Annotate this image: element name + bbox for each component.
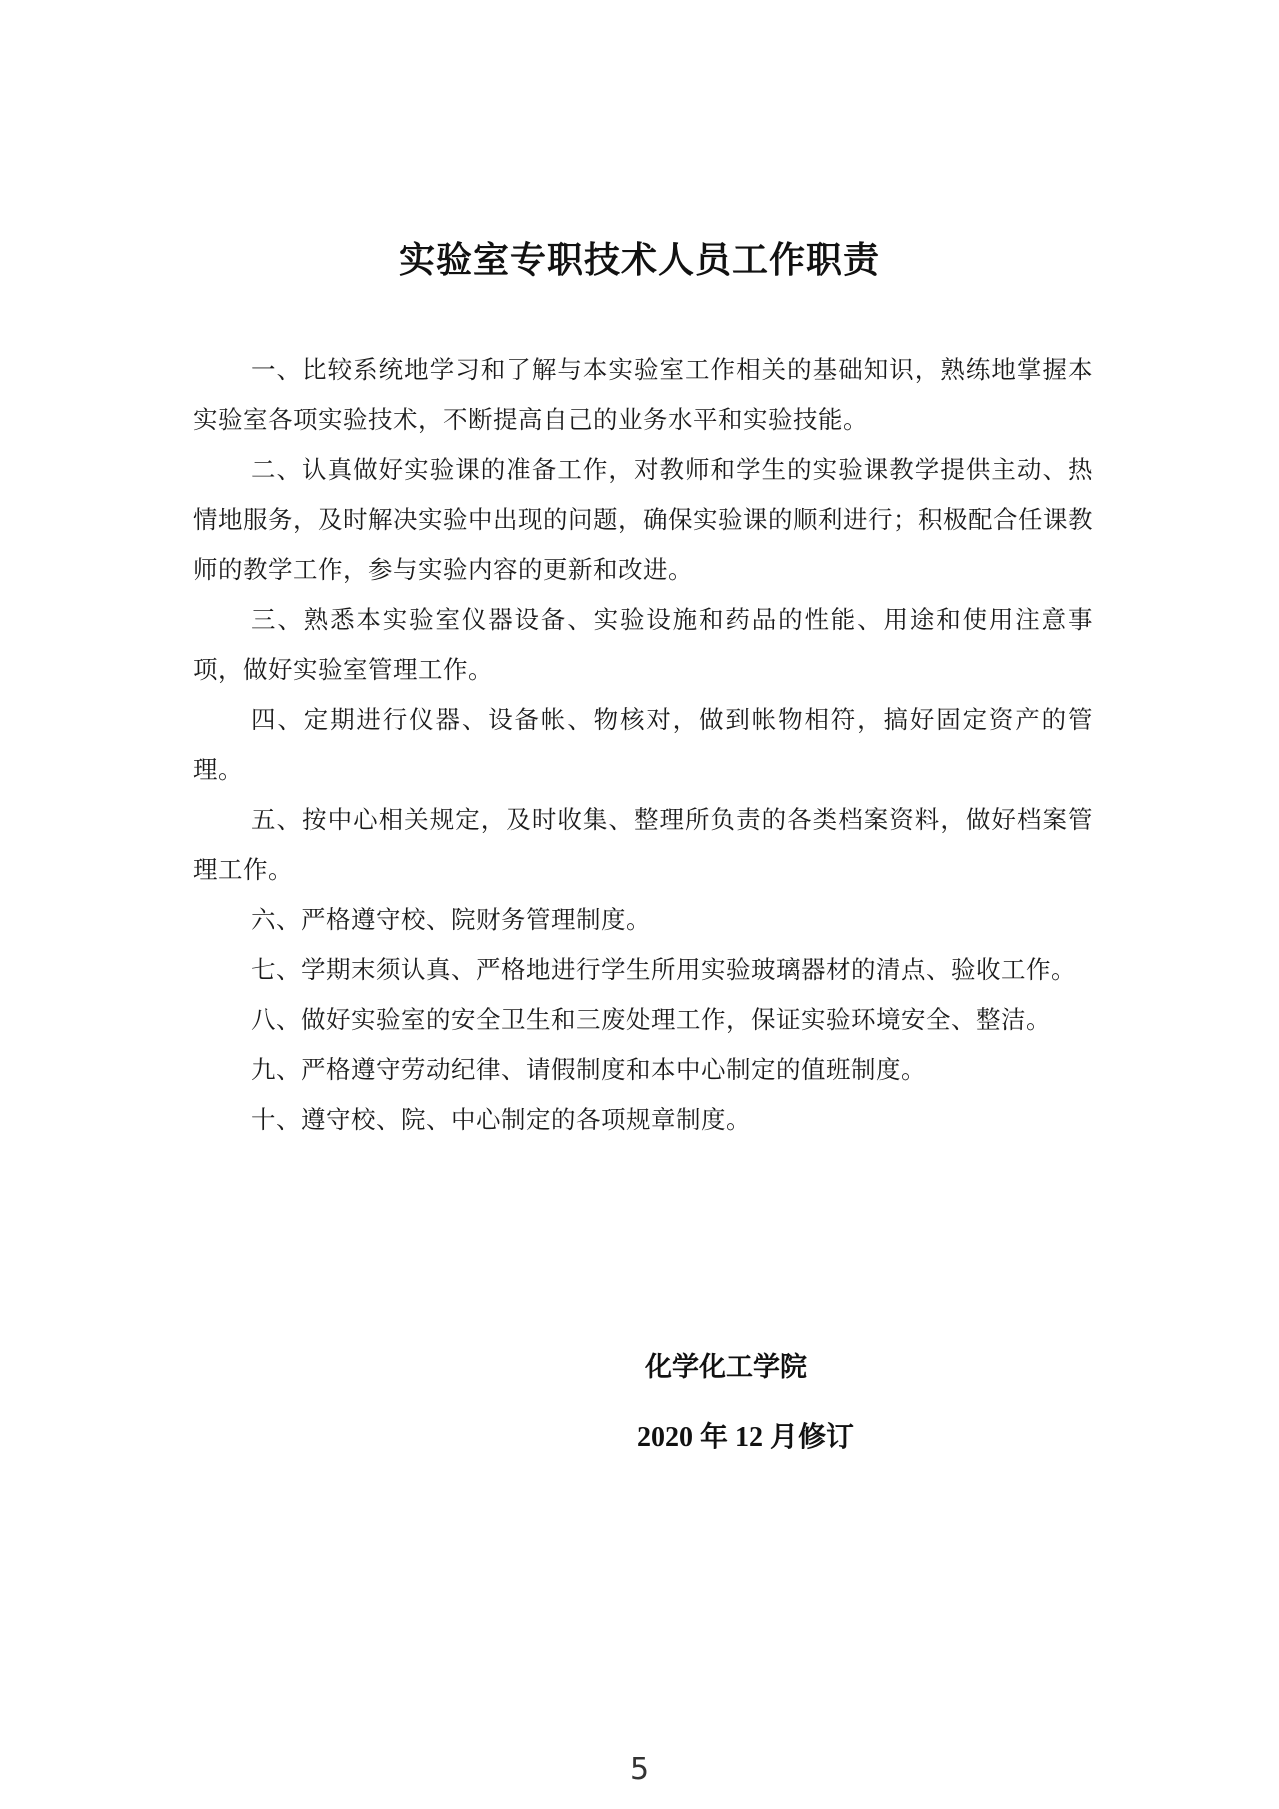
signature-date: 2020 年 12 月修订 [637,1415,854,1455]
paragraph-8: 八、做好实验室的安全卫生和三废处理工作，保证实验环境安全、整洁。 [193,995,1093,1045]
paragraph-3: 三、熟悉本实验室仪器设备、实验设施和药品的性能、用途和使用注意事项，做好实验室管… [193,595,1093,695]
paragraph-4: 四、定期进行仪器、设备帐、物核对，做到帐物相符，搞好固定资产的管理。 [193,695,1093,795]
paragraph-6: 六、严格遵守校、院财务管理制度。 [193,895,1093,945]
paragraph-10: 十、遵守校、院、中心制定的各项规章制度。 [193,1095,1093,1145]
paragraph-1: 一、比较系统地学习和了解与本实验室工作相关的基础知识，熟练地掌握本实验室各项实验… [193,345,1093,445]
paragraph-2: 二、认真做好实验课的准备工作，对教师和学生的实验课教学提供主动、热情地服务，及时… [193,445,1093,595]
paragraph-9: 九、严格遵守劳动纪律、请假制度和本中心制定的值班制度。 [193,1045,1093,1095]
signature-organization: 化学化工学院 [645,1345,807,1384]
paragraph-7: 七、学期末须认真、严格地进行学生所用实验玻璃器材的清点、验收工作。 [193,945,1093,995]
paragraph-5: 五、按中心相关规定，及时收集、整理所负责的各类档案资料，做好档案管理工作。 [193,795,1093,895]
document-title: 实验室专职技术人员工作职责 [0,232,1279,283]
page-number: 5 [0,1752,1279,1787]
document-body: 一、比较系统地学习和了解与本实验室工作相关的基础知识，熟练地掌握本实验室各项实验… [193,345,1093,1145]
